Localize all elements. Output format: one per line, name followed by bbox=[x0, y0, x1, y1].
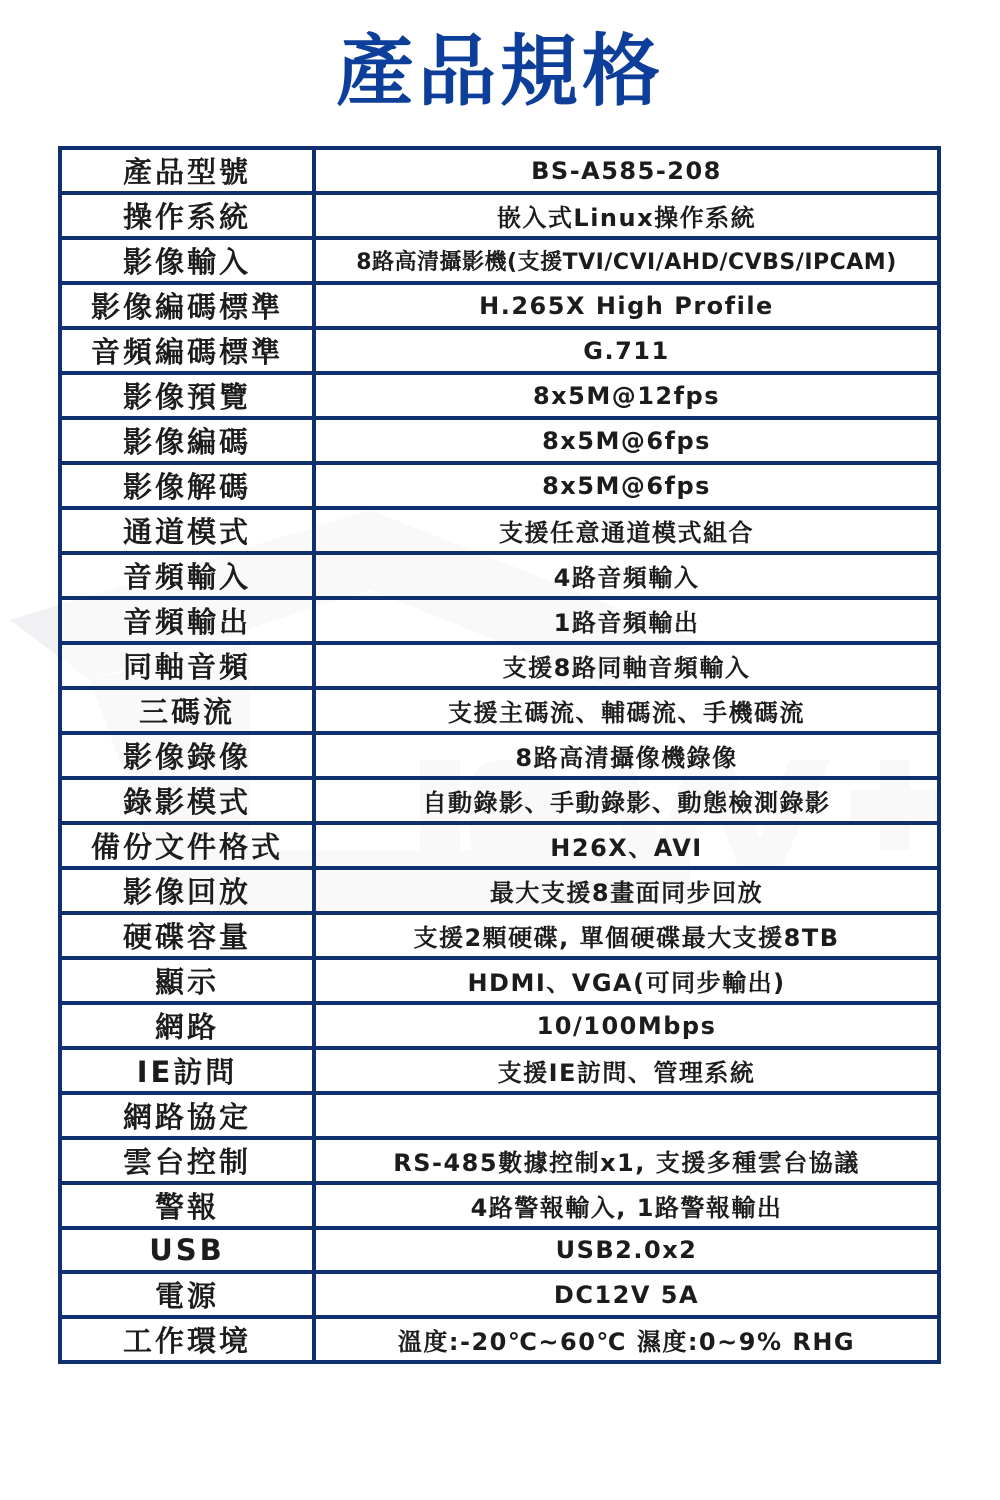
spec-label: 網路 bbox=[60, 1003, 314, 1048]
spec-row-audio-output: 音頻輸出 1路音頻輸出 bbox=[60, 598, 939, 643]
spec-value: 8路高清攝影機(支援TVI/CVI/AHD/CVBS/IPCAM) bbox=[314, 238, 939, 283]
spec-row-record-mode: 錄影模式 自動錄影、手動錄影、動態檢測錄影 bbox=[60, 778, 939, 823]
spec-row-encoding: 影像編碼 8x5M@6fps bbox=[60, 418, 939, 463]
spec-row-ie-access: IE訪問 支援IE訪問、管理系統 bbox=[60, 1048, 939, 1093]
spec-value: H.265X High Profile bbox=[314, 283, 939, 328]
spec-value: 8x5M@6fps bbox=[314, 463, 939, 508]
spec-label: 影像輸入 bbox=[60, 238, 314, 283]
spec-value: HDMI、VGA(可同步輸出) bbox=[314, 958, 939, 1003]
spec-value: USB2.0x2 bbox=[314, 1228, 939, 1272]
spec-label: 影像編碼 bbox=[60, 418, 314, 463]
spec-row-hdd: 硬碟容量 支援2顆硬碟, 單個硬碟最大支援8TB bbox=[60, 913, 939, 958]
spec-row-recording: 影像錄像 8路高清攝像機錄像 bbox=[60, 733, 939, 778]
spec-label: 顯示 bbox=[60, 958, 314, 1003]
spec-row-display: 顯示 HDMI、VGA(可同步輸出) bbox=[60, 958, 939, 1003]
spec-label: IE訪問 bbox=[60, 1048, 314, 1093]
spec-row-preview: 影像預覽 8x5M@12fps bbox=[60, 373, 939, 418]
spec-row-audio-input: 音頻輸入 4路音頻輸入 bbox=[60, 553, 939, 598]
spec-label: 硬碟容量 bbox=[60, 913, 314, 958]
spec-label: 產品型號 bbox=[60, 148, 314, 193]
spec-value: 1路音頻輸出 bbox=[314, 598, 939, 643]
spec-row-usb: USB USB2.0x2 bbox=[60, 1228, 939, 1272]
spec-row-network-protocol: 網路協定 bbox=[60, 1093, 939, 1138]
spec-value: 4路音頻輸入 bbox=[314, 553, 939, 598]
spec-label: 音頻編碼標準 bbox=[60, 328, 314, 373]
spec-row-decoding: 影像解碼 8x5M@6fps bbox=[60, 463, 939, 508]
spec-label: 備份文件格式 bbox=[60, 823, 314, 868]
spec-value: 最大支援8畫面同步回放 bbox=[314, 868, 939, 913]
spec-row-coax-audio: 同軸音頻 支援8路同軸音頻輸入 bbox=[60, 643, 939, 688]
spec-value bbox=[314, 1093, 939, 1138]
spec-value: 自動錄影、手動錄影、動態檢測錄影 bbox=[314, 778, 939, 823]
spec-label: 網路協定 bbox=[60, 1093, 314, 1138]
spec-row-model: 產品型號 BS-A585-208 bbox=[60, 148, 939, 193]
spec-label: 工作環境 bbox=[60, 1317, 314, 1362]
page-title: 產品規格 bbox=[0, 22, 1000, 122]
spec-row-power: 電源 DC12V 5A bbox=[60, 1272, 939, 1317]
spec-label: 雲台控制 bbox=[60, 1138, 314, 1183]
spec-label: 通道模式 bbox=[60, 508, 314, 553]
spec-row-backup-format: 備份文件格式 H26X、AVI bbox=[60, 823, 939, 868]
spec-label: 音頻輸出 bbox=[60, 598, 314, 643]
spec-label: 影像錄像 bbox=[60, 733, 314, 778]
spec-value: 溫度:-20℃~60℃ 濕度:0~9% RHG bbox=[314, 1317, 939, 1362]
spec-row-triple-stream: 三碼流 支援主碼流、輔碼流、手機碼流 bbox=[60, 688, 939, 733]
spec-row-ptz: 雲台控制 RS-485數據控制x1, 支援多種雲台協議 bbox=[60, 1138, 939, 1183]
spec-value: RS-485數據控制x1, 支援多種雲台協議 bbox=[314, 1138, 939, 1183]
spec-label: 同軸音頻 bbox=[60, 643, 314, 688]
spec-row-os: 操作系統 嵌入式Linux操作系統 bbox=[60, 193, 939, 238]
spec-row-playback: 影像回放 最大支援8畫面同步回放 bbox=[60, 868, 939, 913]
spec-label: 影像編碼標準 bbox=[60, 283, 314, 328]
spec-label: 三碼流 bbox=[60, 688, 314, 733]
spec-row-network: 網路 10/100Mbps bbox=[60, 1003, 939, 1048]
spec-label: 電源 bbox=[60, 1272, 314, 1317]
spec-label: 操作系統 bbox=[60, 193, 314, 238]
spec-row-audio-codec: 音頻編碼標準 G.711 bbox=[60, 328, 939, 373]
spec-value: DC12V 5A bbox=[314, 1272, 939, 1317]
spec-label: 錄影模式 bbox=[60, 778, 314, 823]
spec-label: 影像解碼 bbox=[60, 463, 314, 508]
spec-value: BS-A585-208 bbox=[314, 148, 939, 193]
spec-value: 10/100Mbps bbox=[314, 1003, 939, 1048]
spec-value: 支援主碼流、輔碼流、手機碼流 bbox=[314, 688, 939, 733]
spec-row-video-codec: 影像編碼標準 H.265X High Profile bbox=[60, 283, 939, 328]
spec-row-video-input: 影像輸入 8路高清攝影機(支援TVI/CVI/AHD/CVBS/IPCAM) bbox=[60, 238, 939, 283]
spec-label: 影像預覽 bbox=[60, 373, 314, 418]
spec-value: 嵌入式Linux操作系統 bbox=[314, 193, 939, 238]
spec-row-channel-mode: 通道模式 支援任意通道模式組合 bbox=[60, 508, 939, 553]
spec-label: 警報 bbox=[60, 1183, 314, 1228]
spec-label: 影像回放 bbox=[60, 868, 314, 913]
spec-row-environment: 工作環境 溫度:-20℃~60℃ 濕度:0~9% RHG bbox=[60, 1317, 939, 1362]
spec-value: 支援8路同軸音頻輸入 bbox=[314, 643, 939, 688]
spec-label: USB bbox=[60, 1228, 314, 1272]
spec-value: 支援2顆硬碟, 單個硬碟最大支援8TB bbox=[314, 913, 939, 958]
spec-table: 產品型號 BS-A585-208 操作系統 嵌入式Linux操作系統 影像輸入 … bbox=[58, 146, 941, 1364]
spec-value: 8x5M@6fps bbox=[314, 418, 939, 463]
spec-label: 音頻輸入 bbox=[60, 553, 314, 598]
spec-value: G.711 bbox=[314, 328, 939, 373]
spec-value: 8路高清攝像機錄像 bbox=[314, 733, 939, 778]
spec-value: 4路警報輸入, 1路警報輸出 bbox=[314, 1183, 939, 1228]
spec-row-alarm: 警報 4路警報輸入, 1路警報輸出 bbox=[60, 1183, 939, 1228]
spec-value: H26X、AVI bbox=[314, 823, 939, 868]
spec-value: 支援任意通道模式組合 bbox=[314, 508, 939, 553]
spec-value: 8x5M@12fps bbox=[314, 373, 939, 418]
spec-value: 支援IE訪問、管理系統 bbox=[314, 1048, 939, 1093]
